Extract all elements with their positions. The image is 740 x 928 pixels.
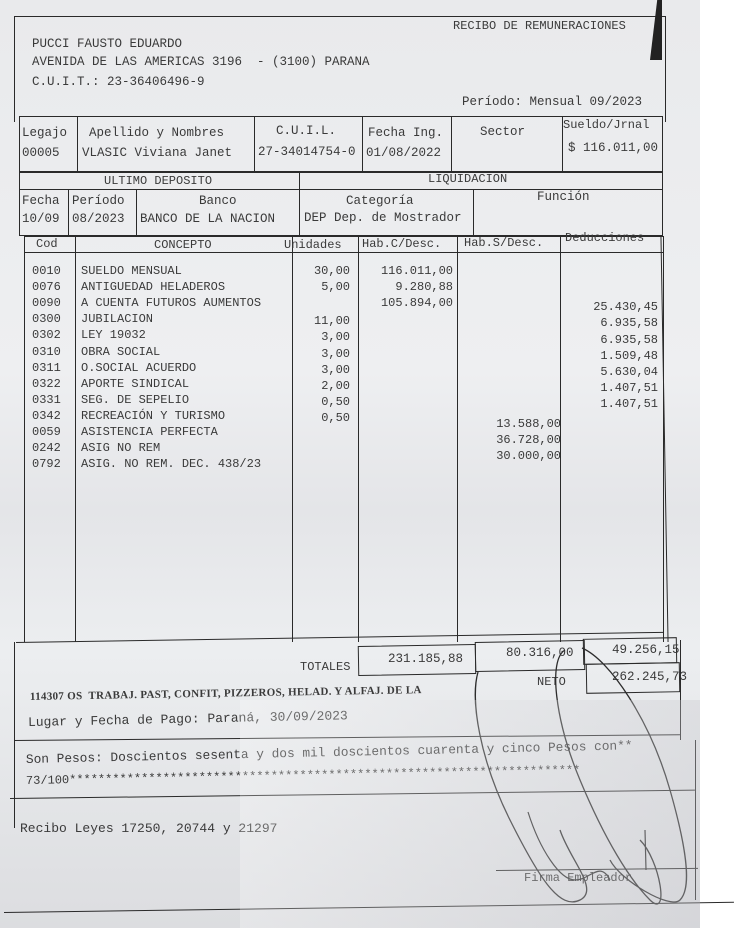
salary-value: $ 116.011,00 [568, 142, 658, 155]
cell-concepto: ANTIGUEDAD HELADEROS [81, 280, 225, 294]
concept-row: 0792ASIG. NO REM. DEC. 438/2330.000,00 [0, 457, 700, 473]
cuil-value: 27-34014754-0 [258, 146, 356, 159]
totals-hab-s: 80.316,00 [506, 647, 574, 660]
liquidation-section-title: LIQUIDACION [428, 173, 507, 185]
concepts-rows: 0010SUELDO MENSUAL30,00116.011,000076ANT… [0, 264, 700, 484]
cell-cod: 0342 [32, 409, 61, 423]
category-label: Categoría [346, 195, 414, 208]
cell-ded: 25.430,45 [593, 300, 658, 314]
concept-row: 0300JUBILACION11,0025.430,45 [0, 312, 700, 328]
category-value: DEP Dep. de Mostrador [304, 212, 462, 225]
cell-ded: 6.935,58 [600, 316, 658, 330]
totals-label: TOTALES [300, 661, 350, 673]
function-label: Función [537, 191, 590, 204]
hire-date-label: Fecha Ing. [368, 127, 443, 140]
payment-place-date: Lugar y Fecha de Pago: Paraná, 30/09/202… [28, 709, 348, 729]
cell-concepto: OBRA SOCIAL [81, 345, 160, 359]
bank-value: BANCO DE LA NACION [140, 213, 275, 226]
cell-cod: 0792 [32, 457, 61, 471]
deposit-date-label: Fecha [22, 195, 60, 208]
totals-deducciones: 49.256,15 [612, 644, 680, 657]
cell-cod: 0090 [32, 296, 61, 310]
amount-in-words-line1: Son Pesos: Doscientos sesenta y dos mil … [26, 740, 633, 767]
concept-row: 0311O.SOCIAL ACUERDO3,001.509,48 [0, 361, 700, 377]
cuil-label: C.U.I.L. [276, 125, 336, 138]
cell-hab-s: 13.588,00 [496, 417, 561, 431]
employer-name: PUCCI FAUSTO EDUARDO [32, 38, 182, 51]
deposit-period-label: Período [72, 195, 125, 208]
cell-cod: 0059 [32, 425, 61, 439]
deposit-date: 10/09 [22, 213, 60, 226]
cell-cod: 0310 [32, 345, 61, 359]
cell-unidades: 3,00 [321, 347, 350, 361]
col-header-unidades: Unidades [284, 239, 342, 251]
col-header-concepto: CONCEPTO [154, 239, 212, 251]
cell-unidades: 0,50 [321, 411, 350, 425]
concept-row: 0076ANTIGUEDAD HELADEROS5,009.280,88 [0, 280, 700, 296]
cell-unidades: 0,50 [321, 395, 350, 409]
cell-unidades: 2,00 [321, 379, 350, 393]
deposit-period: 08/2023 [72, 213, 125, 226]
cell-cod: 0322 [32, 377, 61, 391]
cell-concepto: SEG. DE SEPELIO [81, 393, 189, 407]
period-label: Período: Mensual 09/2023 [462, 96, 642, 109]
net-label: NETO [537, 676, 566, 688]
cell-hab-s: 36.728,00 [496, 433, 561, 447]
sector-label: Sector [480, 126, 525, 139]
deposit-section-title: ULTIMO DEPOSITO [104, 175, 212, 187]
concept-row: 0302LEY 190323,006.935,58 [0, 328, 700, 344]
legajo-label: Legajo [22, 127, 67, 140]
cell-cod: 0242 [32, 441, 61, 455]
concept-row: 0342RECREACIÓN Y TURISMO0,501.407,51 [0, 409, 700, 425]
cell-concepto: ASIG NO REM [81, 441, 160, 455]
cell-ded: 1.407,51 [600, 397, 658, 411]
cell-concepto: ASISTENCIA PERFECTA [81, 425, 218, 439]
amount-in-words-line2: 73/100**********************************… [26, 764, 581, 787]
payslip-paper: RECIBO DE REMUNERACIONES PUCCI FAUSTO ED… [0, 0, 700, 928]
cell-cod: 0010 [32, 264, 61, 278]
col-header-cod: Cod [36, 238, 58, 250]
cell-ded: 1.407,51 [600, 381, 658, 395]
employer-address: AVENIDA DE LAS AMERICAS 3196 - (3100) PA… [32, 56, 370, 69]
cell-cod: 0331 [32, 393, 61, 407]
cell-ded: 6.935,58 [600, 333, 658, 347]
cell-unidades: 30,00 [314, 264, 350, 278]
cell-concepto: LEY 19032 [81, 328, 146, 342]
cell-unidades: 5,00 [321, 280, 350, 294]
cell-hab-c: 9.280,88 [395, 280, 453, 294]
bank-label: Banco [199, 195, 237, 208]
cell-concepto: SUELDO MENSUAL [81, 264, 182, 278]
document-title: RECIBO DE REMUNERACIONES [453, 20, 626, 32]
name-label: Apellido y Nombres [89, 127, 224, 140]
laws-text: Recibo Leyes 17250, 20744 y 21297 [20, 822, 277, 835]
col-header-hab-s: Hab.S/Desc. [464, 237, 543, 249]
net-value: 262.245,73 [612, 671, 687, 684]
cell-cod: 0076 [32, 280, 61, 294]
cell-concepto: A CUENTA FUTUROS AUMENTOS [81, 296, 261, 310]
concept-row: 0331SEG. DE SEPELIO0,501.407,51 [0, 393, 700, 409]
totals-hab-c: 231.185,88 [388, 653, 463, 666]
concept-row: 0242ASIG NO REM36.728,00 [0, 441, 700, 457]
cell-ded: 5.630,04 [600, 365, 658, 379]
concept-row: 0322APORTE SINDICAL2,005.630,04 [0, 377, 700, 393]
cell-unidades: 3,00 [321, 363, 350, 377]
hire-date-value: 01/08/2022 [366, 147, 441, 160]
cell-hab-c: 105.894,00 [381, 296, 453, 310]
col-header-hab-c: Hab.C/Desc. [362, 238, 441, 250]
legajo-value: 00005 [22, 147, 60, 160]
col-header-deducciones: Deducciones [565, 232, 644, 244]
union-line: 114307 OS TRABAJ. PAST, CONFIT, PIZZEROS… [30, 685, 422, 703]
salary-label: Sueldo/Jrnal [563, 119, 649, 131]
cell-hab-s: 30.000,00 [496, 449, 561, 463]
signature-label: Firma Empleador [524, 872, 632, 884]
concept-row: 0059ASISTENCIA PERFECTA13.588,00 [0, 425, 700, 441]
employee-name: VLASIC Viviana Janet [82, 147, 232, 160]
cell-hab-c: 116.011,00 [381, 264, 453, 278]
cell-concepto: JUBILACION [81, 312, 153, 326]
cell-unidades: 3,00 [321, 330, 350, 344]
cell-concepto: APORTE SINDICAL [81, 377, 189, 391]
cell-unidades: 11,00 [314, 314, 350, 328]
cell-cod: 0300 [32, 312, 61, 326]
concept-row: 0010SUELDO MENSUAL30,00116.011,00 [0, 264, 700, 280]
cell-ded: 1.509,48 [600, 349, 658, 363]
cell-cod: 0311 [32, 361, 61, 375]
cell-cod: 0302 [32, 328, 61, 342]
cell-concepto: ASIG. NO REM. DEC. 438/23 [81, 457, 261, 471]
cell-concepto: O.SOCIAL ACUERDO [81, 361, 196, 375]
concept-row: 0310OBRA SOCIAL3,006.935,58 [0, 345, 700, 361]
cell-concepto: RECREACIÓN Y TURISMO [81, 409, 225, 423]
employer-cuit: C.U.I.T.: 23-36406496-9 [32, 76, 205, 89]
